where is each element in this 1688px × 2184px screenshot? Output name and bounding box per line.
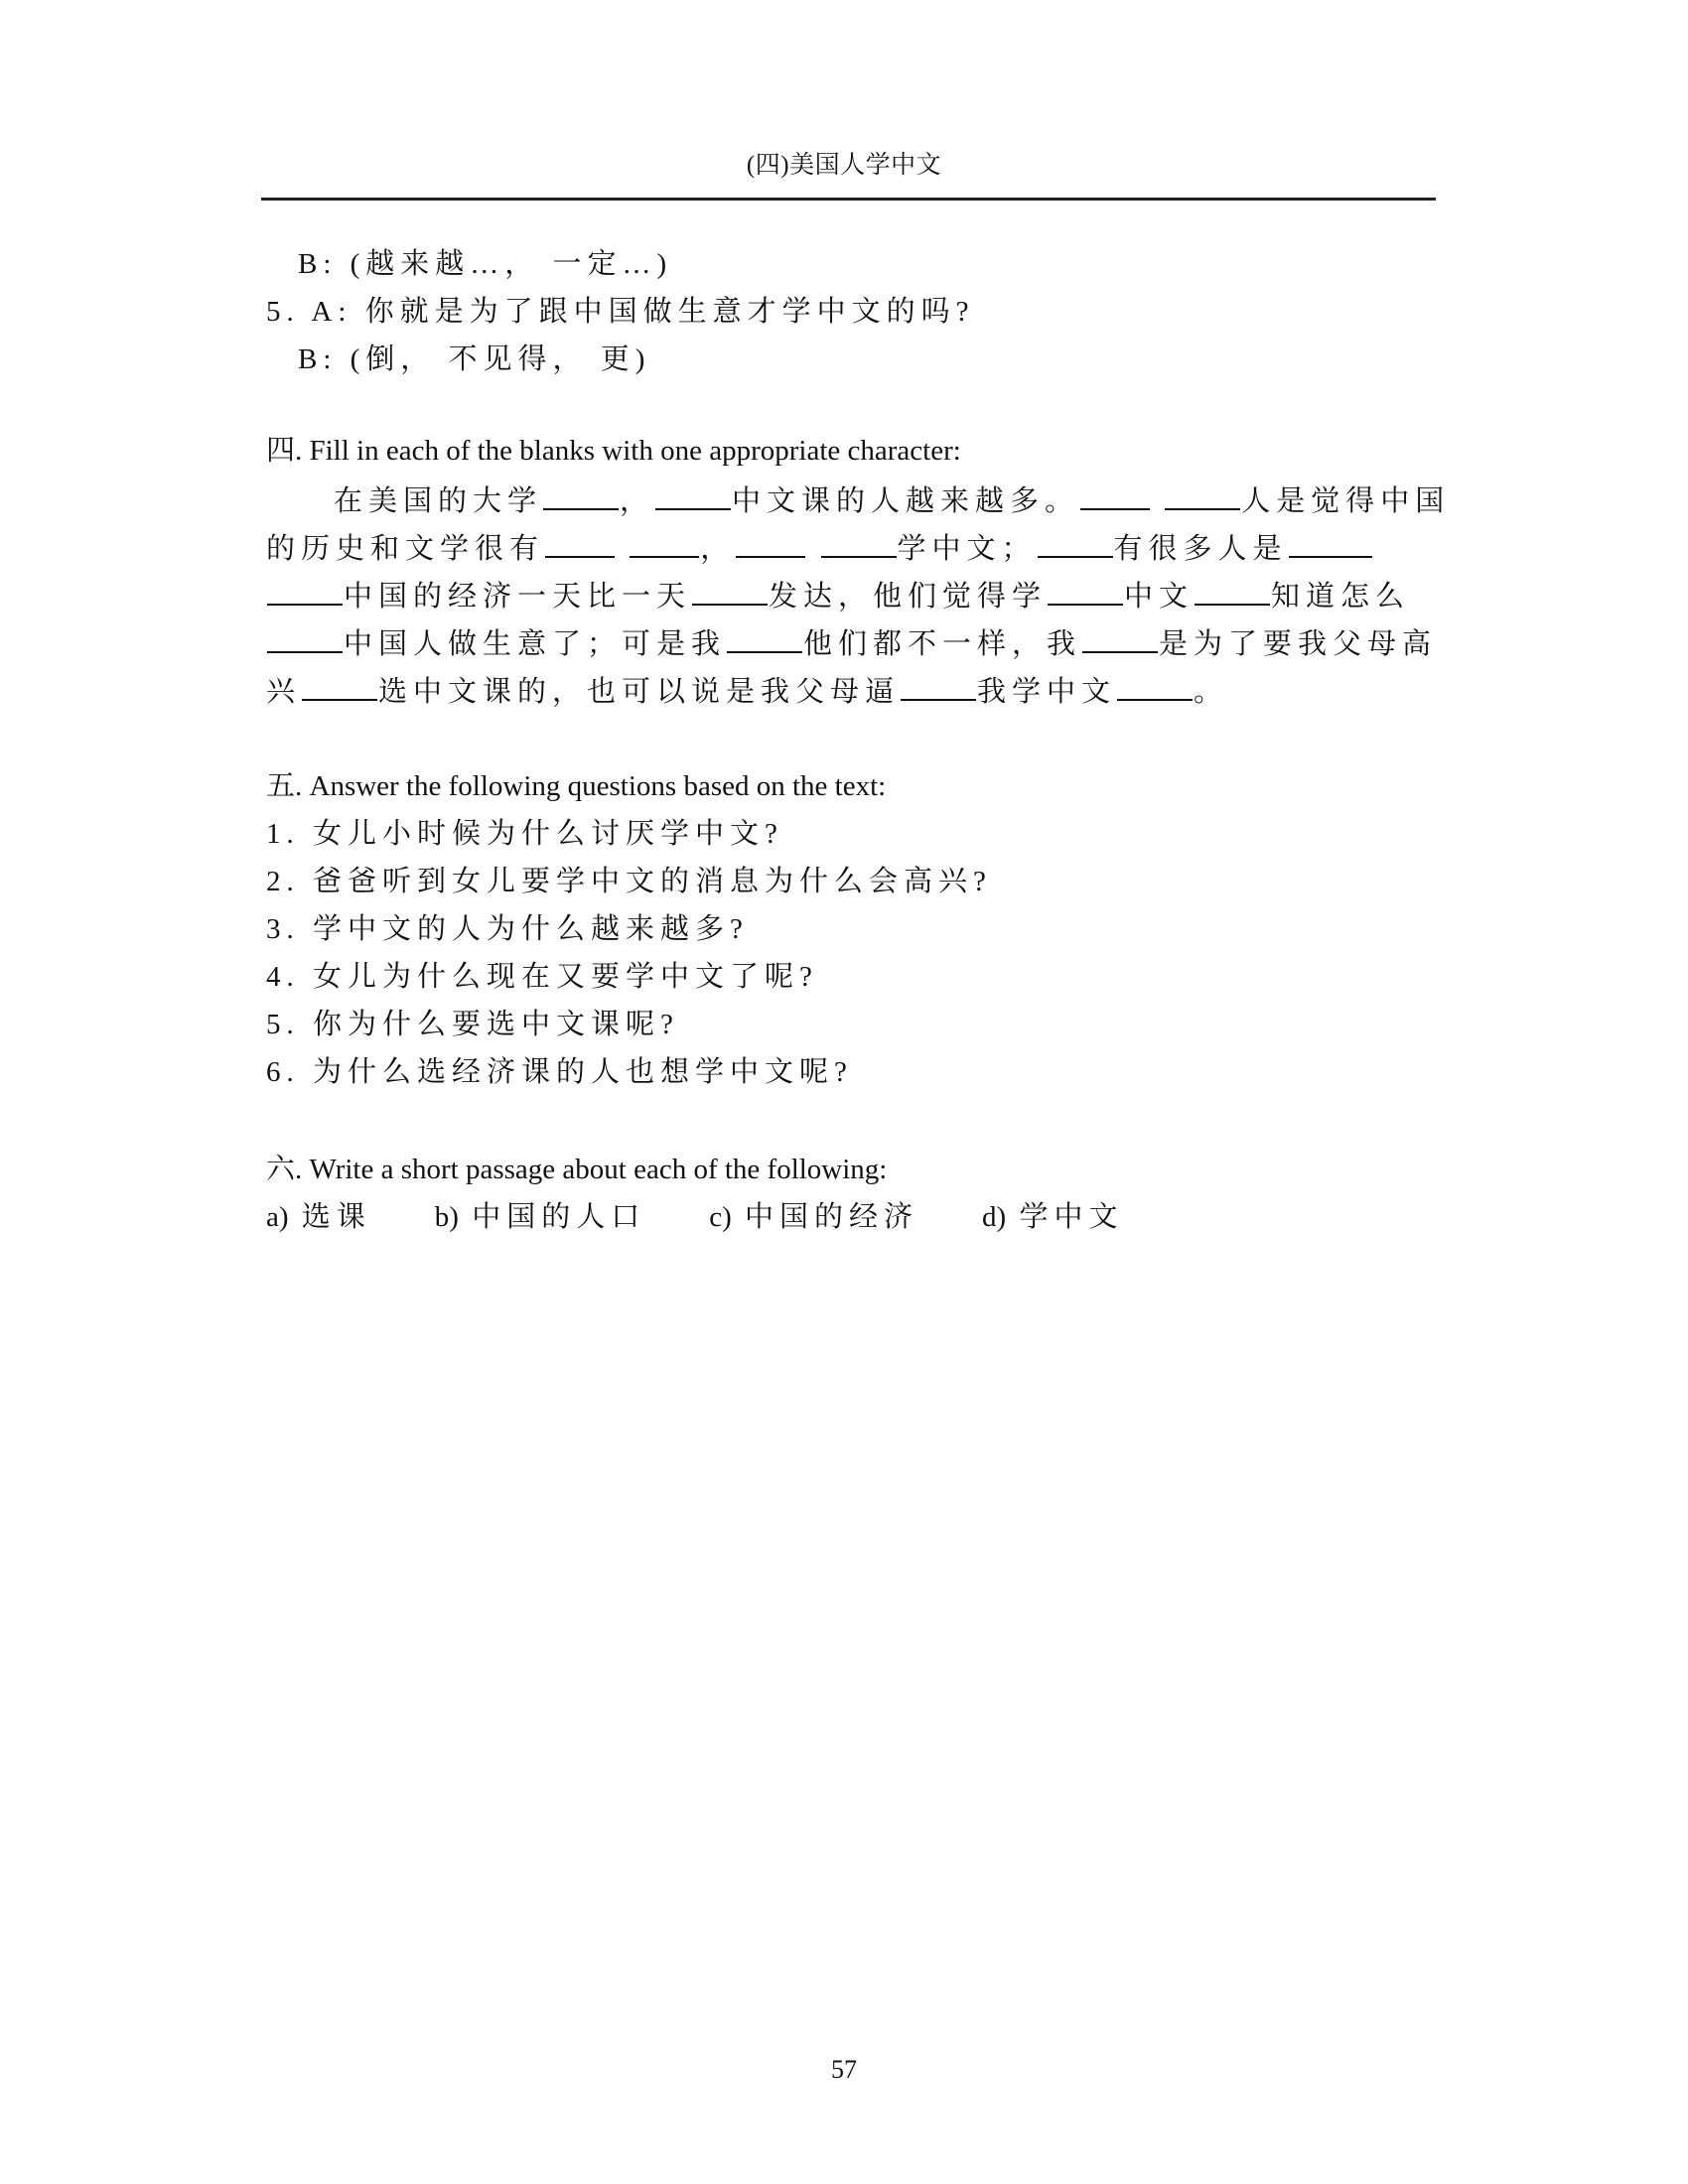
question-item: 4. 女儿为什么现在又要学中文了呢? — [266, 963, 818, 992]
blank-field[interactable] — [1195, 582, 1270, 606]
fill-blank-line-5: 兴选中文课的，也可以说是我父母逼我学中文。 — [266, 677, 1228, 707]
question-item: 5. 你为什么要选中文课呢? — [266, 1011, 679, 1039]
text-fragment: 选中文课的，也可以说是我父母逼 — [378, 676, 900, 708]
blank-field[interactable] — [1038, 534, 1113, 558]
topic-list: a) 选课b) 中国的人口c) 中国的经济d) 学中文 — [266, 1203, 1183, 1232]
question-item: 6. 为什么选经济课的人也想学中文呢? — [266, 1058, 853, 1087]
blank-field[interactable] — [543, 486, 619, 510]
blank-field[interactable] — [727, 629, 802, 653]
text-fragment: 发达，他们觉得学 — [769, 581, 1047, 613]
topic-item: c) 中国的经济 — [709, 1203, 918, 1232]
text-fragment: ， — [620, 485, 654, 517]
blank-field[interactable] — [267, 582, 343, 606]
question-item: 1. 女儿小时候为什么讨厌学中文? — [266, 820, 783, 849]
page-number: 57 — [0, 2055, 1688, 2085]
fill-blank-line-4: 中国人做生意了；可是我他们都不一样，我是为了要我父母高 — [266, 629, 1437, 659]
blank-field[interactable] — [1165, 486, 1240, 510]
section4-heading: 四. Fill in each of the blanks with one a… — [266, 437, 961, 466]
blank-field[interactable] — [545, 534, 615, 558]
blank-field[interactable] — [821, 534, 897, 558]
fill-blank-line-2: 的历史和文学很有 ， 学中文；有很多人是 — [266, 534, 1373, 564]
text-fragment: 中文 — [1124, 581, 1194, 613]
text-fragment: 我学中文 — [977, 676, 1116, 708]
text-fragment: 中国的经济一天比一天 — [344, 581, 691, 613]
text-fragment: 有很多人是 — [1114, 533, 1288, 565]
text-fragment: 学中文； — [898, 533, 1037, 565]
text-fragment: 知道怎么 — [1271, 581, 1410, 613]
text-fragment: 是为了要我父母高 — [1159, 628, 1437, 660]
blank-field[interactable] — [1080, 486, 1150, 510]
section5-heading: 五. Answer the following questions based … — [266, 772, 886, 801]
text-fragment: 。 — [1194, 676, 1228, 708]
text-fragment: 中文课的人越来越多。 — [732, 485, 1079, 517]
text-fragment: 中国人做生意了；可是我 — [344, 628, 726, 660]
header-rule — [261, 198, 1436, 201]
question-item: 3. 学中文的人为什么越来越多? — [266, 915, 749, 944]
blank-field[interactable] — [267, 629, 343, 653]
running-header-title: (四)美国人学中文 — [0, 145, 1688, 181]
topic-item: a) 选课 — [266, 1203, 371, 1232]
blank-field[interactable] — [692, 582, 768, 606]
blank-field[interactable] — [1289, 534, 1372, 558]
text-fragment: 兴 — [266, 676, 301, 708]
question-item: 2. 爸爸听到女儿要学中文的消息为什么会高兴? — [266, 868, 992, 896]
blank-field[interactable] — [901, 677, 976, 701]
text-fragment: 的历史和文学很有 — [266, 533, 544, 565]
text-fragment: 在美国的大学 — [334, 485, 542, 517]
blank-field[interactable] — [1117, 677, 1193, 701]
blank-field[interactable] — [655, 486, 731, 510]
topic-item: b) 中国的人口 — [435, 1203, 645, 1232]
blank-field[interactable] — [1048, 582, 1123, 606]
blank-field[interactable] — [1082, 629, 1158, 653]
text-fragment: 他们都不一样，我 — [803, 628, 1081, 660]
dialogue-line-5a: 5. A: 你就是为了跟中国做生意才学中文的吗? — [266, 298, 975, 327]
dialogue-line-b4: B: (越来越…， 一定…) — [298, 250, 672, 279]
blank-field[interactable] — [302, 677, 377, 701]
blank-field[interactable] — [630, 534, 699, 558]
fill-blank-line-1: 在美国的大学，中文课的人越来越多。 人是觉得中国 — [334, 486, 1450, 516]
blank-field[interactable] — [736, 534, 805, 558]
text-fragment: 人是觉得中国 — [1241, 485, 1450, 517]
fill-blank-line-3: 中国的经济一天比一天发达，他们觉得学中文知道怎么 — [266, 582, 1410, 612]
topic-item: d) 学中文 — [982, 1203, 1123, 1232]
text-fragment: ， — [700, 533, 735, 565]
section6-heading: 六. Write a short passage about each of t… — [266, 1156, 887, 1184]
dialogue-line-5b: B: (倒， 不见得， 更) — [298, 345, 650, 374]
